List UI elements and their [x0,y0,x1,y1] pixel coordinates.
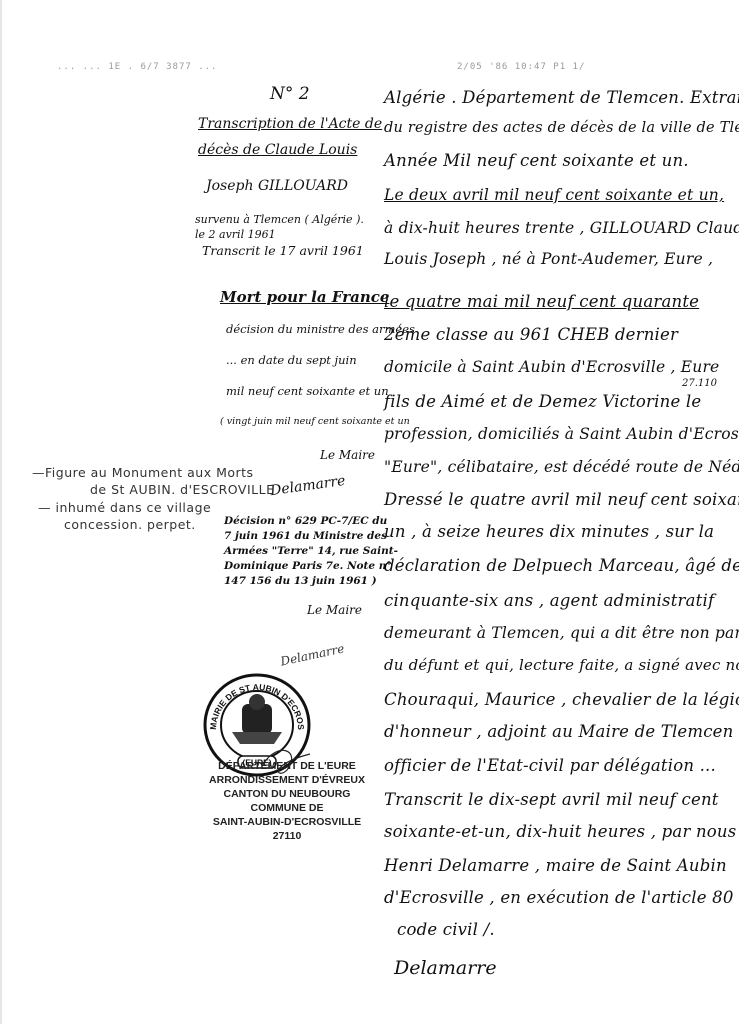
body-line-4: Le deux avril mil neuf cent soixante et … [384,186,724,204]
body-line-9: domicile à Saint Aubin d'Ecrosville , Eu… [384,358,719,376]
body-line-21: officier de l'Etat-civil par délégation … [384,756,716,775]
stamp-line-2: ARRONDISSEMENT D'ÉVREUX [202,774,372,786]
body-line-10: fils de Aimé et de Demez Victorine le [384,392,701,411]
fax-header-left: ... ... 1E . 6/7 3877 ... [57,62,217,72]
body-line-6: Louis Joseph , né à Pont-Audemer, Eure , [384,250,713,268]
body-line-12: "Eure", célibataire, est décédé route de… [384,458,739,476]
decision-line-5: 147 156 du 13 juin 1961 ) [224,575,377,587]
annotation-line-4: concession. perpet. [64,517,196,532]
body-line-24: Henri Delamarre , maire de Saint Aubin [384,856,727,875]
body-line-23: soixante-et-un, dix-huit heures , par no… [384,822,736,841]
annotation-line-3: — inhumé dans ce village [38,500,211,515]
body-line-7: le quatre mai mil neuf cent quarante [384,292,699,311]
margin-title-line-3-text: Joseph GILLOUARD [206,178,348,194]
officer-signature: Delamarre [394,957,497,979]
body-line-1: Algérie . Département de Tlemcen. Extrai… [384,88,739,107]
body-line-16: cinquante-six ans , agent administratif [384,591,714,610]
stamp-line-4: COMMUNE DE [202,802,372,814]
margin-transcribed-date: Transcrit le 17 avril 1961 [202,243,364,258]
body-line-13: Dressé le quatre avril mil neuf cent soi… [384,490,739,509]
annotation-line-1: —Figure au Monument aux Morts [32,465,254,480]
mention-line-4: ( vingt juin mil neuf cent soixante et u… [220,416,410,427]
mention-line-3: mil neuf cent soixante et un [226,384,389,398]
decision-line-1: Décision n° 629 PC-7/EC du [224,515,387,527]
postal-code-note: 27.110 [682,378,717,389]
margin-title-line-2-text: décès de Claude Louis [198,142,357,158]
body-line-25: d'Ecrosville , en exécution de l'article… [384,888,739,907]
margin-title-line-3: Joseph GILLOUARD [206,178,348,194]
body-line-19: Chouraqui, Maurice , chevalier de la lég… [384,690,739,709]
margin-title-line-1: Transcription de l'Acte de [198,116,382,132]
body-line-8: 2ème classe au 961 CHEB dernier [384,325,678,344]
mayor-label-1: Le Maire [320,448,375,462]
body-line-17: demeurant à Tlemcen, qui a dit être non … [384,624,739,642]
act-number: N° 2 [270,84,310,104]
body-line-15: déclaration de Delpuech Marceau, âgé de [384,556,739,575]
body-line-26: code civil /. [397,920,495,939]
mayor-signature-1: Delamarre [269,473,346,499]
mort-pour-la-france-mention: Mort pour la France [220,288,389,306]
margin-title-line-2: décès de Claude Louis [198,142,357,158]
decision-line-4: Dominique Paris 7e. Note n° [224,560,392,572]
document-page: ... ... 1E . 6/7 3877 ... 2/05 '86 10:47… [0,0,739,1024]
body-line-11: profession, domiciliés à Saint Aubin d'E… [384,425,739,443]
stamp-signature: Delamarre [279,641,345,668]
decision-line-2: 7 juin 1961 du Ministre des [224,530,387,542]
margin-event-line-1: survenu à Tlemcen ( Algérie ). [195,213,364,226]
stamp-line-1: DÉPARTEMENT DE L'EURE [202,760,372,772]
body-line-3: Année Mil neuf cent soixante et un. [384,151,689,170]
stamp-line-3: CANTON DU NEUBOURG [202,788,372,800]
body-line-14: un , à seize heures dix minutes , sur la [384,522,714,541]
stamp-line-6: 27110 [202,830,372,842]
decision-line-3: Armées "Terre" 14, rue Saint- [224,545,398,557]
fax-header-right: 2/05 '86 10:47 P1 1/ [457,62,585,72]
margin-event-line-2: le 2 avril 1961 [195,228,276,241]
stamp-line-5: SAINT-AUBIN-D'ECROSVILLE [202,816,372,828]
body-line-2: du registre des actes de décès de la vil… [384,120,739,136]
mention-line-2: ... en date du sept juin [226,353,357,367]
annotation-line-2: de St AUBIN. d'ESCROVILLE [90,482,274,497]
body-line-22: Transcrit le dix-sept avril mil neuf cen… [384,790,719,809]
body-line-20: d'honneur , adjoint au Maire de Tlemcen [384,722,733,741]
body-line-5: à dix-huit heures trente , GILLOUARD Cla… [384,219,739,237]
body-line-18: du défunt et qui, lecture faite, a signé… [384,656,739,674]
mayor-label-2: Le Maire [307,603,362,617]
